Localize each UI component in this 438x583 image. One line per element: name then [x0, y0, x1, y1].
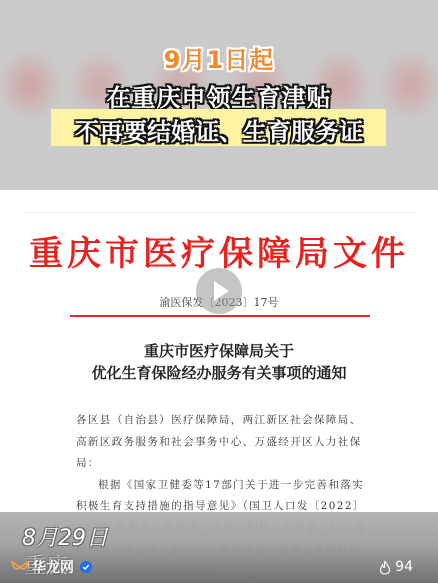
- headline-banner: 9月1日起 在重庆申领生育津贴 不再要结婚证、生育服务证: [0, 0, 438, 190]
- author-info[interactable]: 华龙网: [10, 557, 92, 577]
- headline-date: 9月1日起: [0, 40, 438, 75]
- likes-count: 94: [395, 559, 413, 575]
- date-caption: 8月29日: [22, 521, 108, 552]
- headline-sub: 不再要结婚证、生育服务证: [0, 112, 438, 147]
- verified-badge-icon: [80, 561, 92, 573]
- author-name[interactable]: 华龙网: [32, 557, 74, 577]
- document-red-rule: [70, 315, 370, 317]
- document-paragraph: 各区县（自治县）医疗保障局，两江新区社会保障局、高新区政务服务和社会事务中心、万…: [76, 410, 366, 475]
- document-title-line1: 重庆市医疗保障局关于: [0, 340, 438, 361]
- headline-main: 在重庆申领生育津贴: [0, 78, 438, 113]
- author-logo-icon: [10, 560, 30, 574]
- video-frame[interactable]: 9月1日起 在重庆申领生育津贴 不再要结婚证、生育服务证 重庆市医疗保障局文件 …: [0, 0, 438, 583]
- document-title-line2: 优化生育保险经办服务有关事项的通知: [0, 362, 438, 383]
- document-top-divider: [24, 212, 414, 213]
- play-icon: [214, 281, 229, 301]
- play-button[interactable]: [196, 268, 242, 314]
- likes-counter[interactable]: 94: [379, 559, 413, 575]
- flame-icon: [379, 560, 391, 575]
